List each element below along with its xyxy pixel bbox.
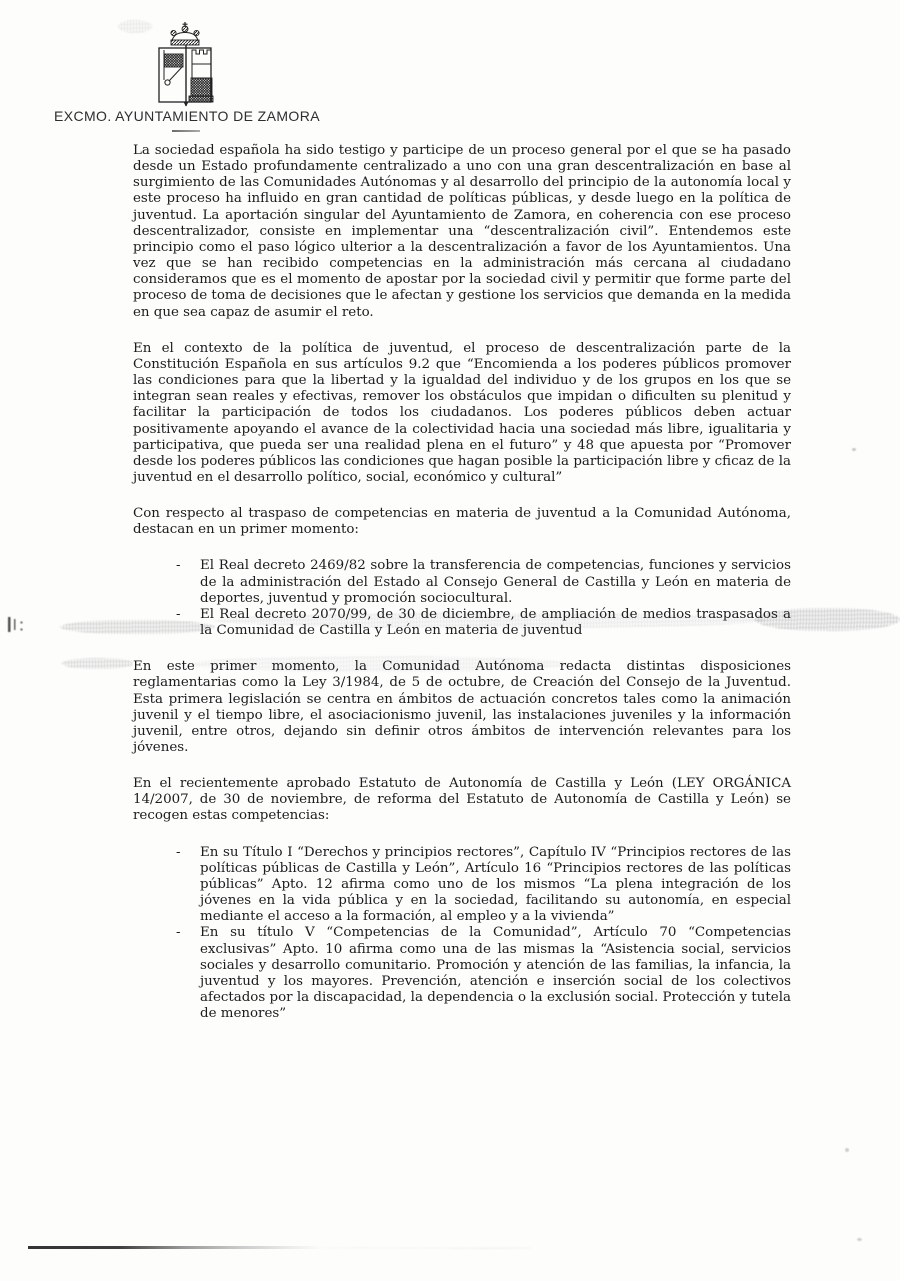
list-item-text: En su Título I “Derechos y principios re…: [200, 845, 791, 926]
document-body: La sociedad española ha sido testigo y p…: [133, 143, 791, 1042]
list-item: - El Real decreto 2070/99, de 30 de dici…: [133, 607, 791, 639]
decree-list: - El Real decreto 2469/82 sobre la trans…: [133, 558, 791, 639]
list-item: - En su Título I “Derechos y principios …: [133, 845, 791, 926]
footer-rule: [28, 1246, 324, 1249]
list-item: - El Real decreto 2469/82 sobre la trans…: [133, 558, 791, 606]
scanned-document-page: EXCMO. AYUNTAMIENTO DE ZAMORA La socieda…: [0, 0, 900, 1281]
paragraph-primer-momento: En este primer momento, la Comunidad Aut…: [133, 659, 791, 756]
scan-speck: [857, 1238, 862, 1241]
bullet-dash: -: [176, 558, 200, 606]
list-item-text: El Real decreto 2070/99, de 30 de diciem…: [200, 607, 791, 639]
bullet-dash: -: [176, 925, 200, 1022]
footer-rule-faint: [322, 1247, 532, 1249]
paragraph-intro: La sociedad española ha sido testigo y p…: [133, 143, 791, 321]
scan-smudge: [62, 658, 134, 669]
scan-speck: [845, 1148, 849, 1152]
list-item: - En su título V “Competencias de la Com…: [133, 925, 791, 1022]
organization-name: EXCMO. AYUNTAMIENTO DE ZAMORA: [54, 108, 320, 124]
bullet-dash: -: [176, 607, 200, 639]
org-name-underline: [172, 130, 200, 132]
scan-artifact-mark: [5, 615, 37, 637]
scan-speck: [852, 448, 856, 451]
paragraph-traspaso: Con respecto al traspaso de competencias…: [133, 506, 791, 538]
list-item-text: En su título V “Competencias de la Comun…: [200, 925, 791, 1022]
competencies-list: - En su Título I “Derechos y principios …: [133, 845, 791, 1023]
list-item-text: El Real decreto 2469/82 sobre la transfe…: [200, 558, 791, 606]
paragraph-constitution: En el contexto de la política de juventu…: [133, 341, 791, 486]
zamora-coat-of-arms-logo: [146, 22, 226, 108]
bullet-dash: -: [176, 845, 200, 926]
paragraph-estatuto: En el recientemente aprobado Estatuto de…: [133, 776, 791, 824]
